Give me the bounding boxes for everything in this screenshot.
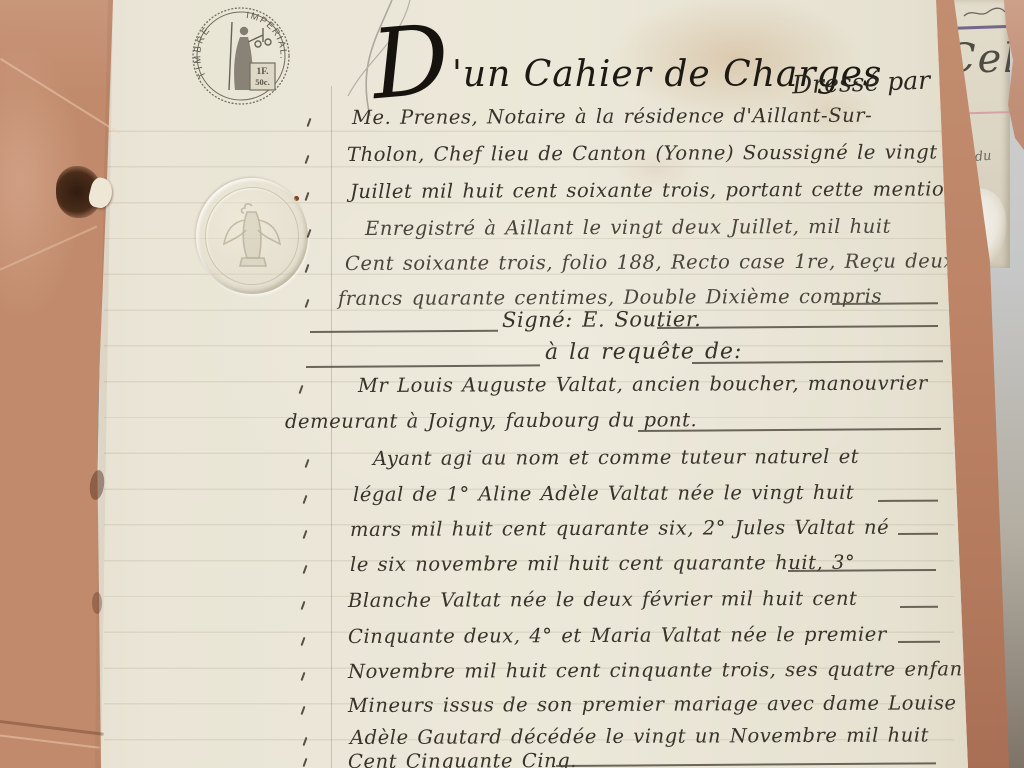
title-ornate-initial: D: [368, 11, 453, 113]
ink-rule: [898, 641, 940, 643]
pen-squiggle-icon: [962, 4, 1006, 22]
manuscript-line: demeurant à Joigny, faubourg du pont.: [285, 408, 697, 433]
stamp-denomination: 1F. 50c.: [250, 63, 275, 90]
stamp-value-bottom: 50c.: [255, 77, 269, 87]
manuscript-line: légal de 1° Aline Adèle Valtat née le vi…: [353, 481, 854, 506]
manuscript-line: le six novembre mil huit cent quarante h…: [350, 551, 855, 576]
manuscript-line: Enregistré à Aillant le vingt deux Juill…: [365, 215, 891, 240]
manuscript-line: Cent Cinquante Cinq.: [348, 749, 577, 768]
manuscript-line: Me. Prenes, Notaire à la résidence d'Ail…: [352, 104, 872, 129]
stamp-arc-right-label: IMPERIAL.: [246, 10, 289, 61]
manuscript-line: Juillet mil huit cent soixante trois, po…: [350, 177, 964, 203]
manuscript-line: Ayant agi au nom et comme tuteur naturel…: [373, 445, 859, 470]
manuscript-line: Blanche Valtat née le deux février mil h…: [348, 587, 858, 612]
manuscript-line: Tholon, Chef lieu de Canton (Yonne) Sous…: [347, 140, 973, 166]
ink-rule: [900, 606, 938, 608]
manuscript-line: Adèle Gautard décédée le vingt un Novemb…: [350, 723, 929, 749]
photo-of-manuscript: Celle Andu ult TIMBRE IMPE: [0, 0, 1024, 768]
manuscript-line: mars mil huit cent quarante six, 2° Jule…: [350, 516, 889, 541]
manuscript-line: Mineurs issus de son premier mariage ave…: [348, 691, 957, 717]
stamp-value-top: 1F.: [256, 67, 268, 77]
svg-text:IMPERIAL.: IMPERIAL.: [246, 10, 289, 61]
manuscript-line: Novembre mil huit cent cinquante trois, …: [348, 657, 982, 683]
folder-tear: [92, 592, 102, 614]
manuscript-line: Mr Louis Auguste Valtat, ancien boucher,…: [358, 372, 928, 397]
manuscript-page: TIMBRE IMPERIAL. 1F. 50c.: [0, 0, 1024, 768]
manuscript-line: Cent soixante trois, folio 188, Recto ca…: [345, 249, 955, 275]
eagle-icon: [214, 192, 290, 278]
manuscript-line: Cinquante deux, 4° et Maria Valtat née l…: [348, 623, 887, 648]
timbre-imperial-stamp: TIMBRE IMPERIAL. 1F. 50c.: [188, 2, 294, 108]
embossed-seal: [196, 178, 308, 294]
manuscript-line: francs quarante centimes, Double Dixième…: [338, 285, 882, 310]
page-title-suffix: Dressé par: [792, 66, 931, 100]
ink-rule: [898, 533, 938, 535]
